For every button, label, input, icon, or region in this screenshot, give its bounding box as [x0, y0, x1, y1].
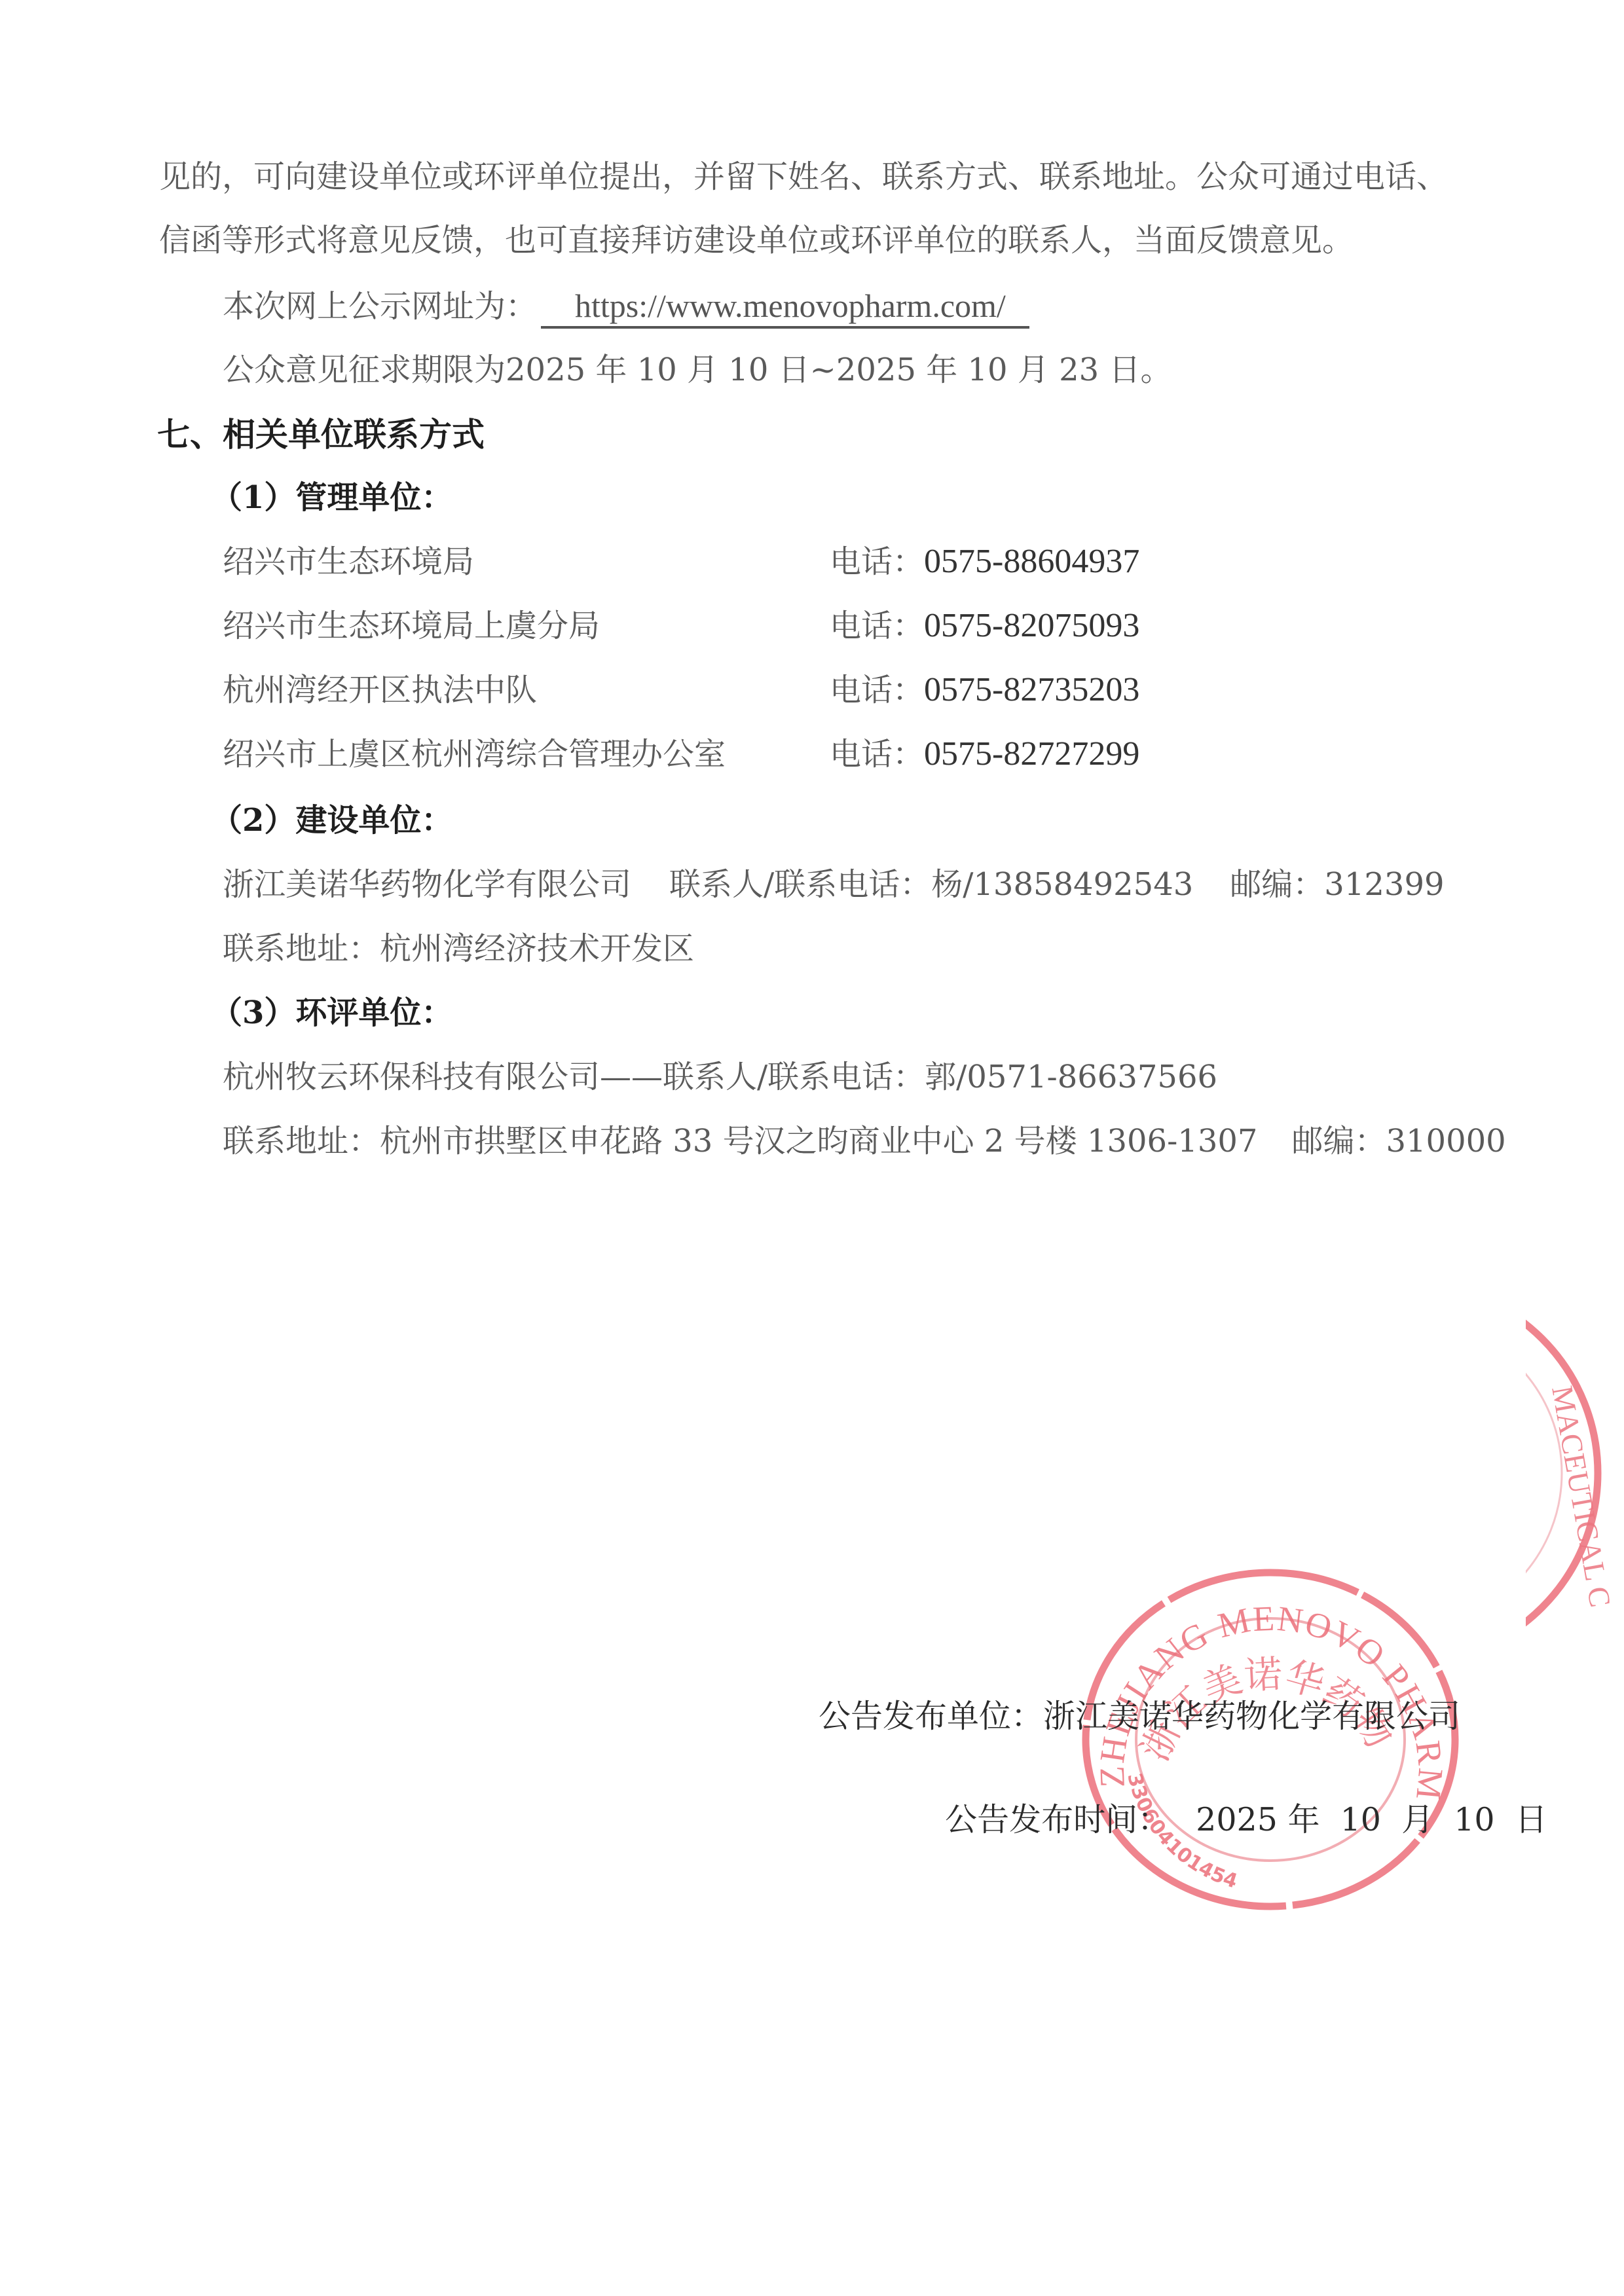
tel-number: 0575-82075093 [924, 607, 1139, 644]
construction-company-row: 浙江美诺华药物化学有限公司联系人/联系电话：杨/13858492543邮编：31… [223, 865, 1445, 904]
tel-label: 电话： [830, 608, 924, 644]
publish-date: 2025 年 10 月 10 日 [1196, 1801, 1547, 1838]
management-unit-tel: 电话：0575-82735203 [830, 670, 1139, 710]
publish-date-row: 公告发布时间：2025 年 10 月 10 日 [925, 1761, 1547, 1840]
management-unit-name: 绍兴市生态环境局上虞分局 [223, 606, 600, 646]
section-title: 七、相关单位联系方式 [157, 415, 485, 454]
paragraph-line-2: 信函等形式将意见反馈，也可直接拜访建设单位或环评单位的联系人，当面反馈意见。 [159, 221, 1354, 260]
publish-date-label: 公告发布时间： [945, 1801, 1170, 1838]
eia-postcode: 邮编：310000 [1291, 1123, 1505, 1159]
website-link[interactable]: https://www.menovopharm.com/ [541, 286, 1029, 329]
tel-label: 电话： [830, 672, 924, 708]
management-unit-tel: 电话：0575-88604937 [830, 542, 1139, 581]
tel-number: 0575-82727299 [924, 735, 1139, 773]
construction-postcode: 邮编：312399 [1230, 866, 1444, 903]
seal-inner-text: 浙江美诺华药物化学有限公司 [1074, 1568, 1402, 1768]
publisher-name: 浙江美诺华药物化学有限公司 [1043, 1698, 1460, 1735]
url-label: 本次网上公示网址为： [223, 288, 537, 325]
eia-address: 联系地址：杭州市拱墅区申花路 33 号汉之昀商业中心 2 号楼 1306-130… [223, 1123, 1257, 1159]
management-heading: （1）管理单位： [211, 478, 452, 517]
publisher-row: 公告发布单位：浙江美诺华药物化学有限公司 [819, 1697, 1460, 1736]
paragraph-line-1: 见的，可向建设单位或环评单位提出，并留下姓名、联系方式、联系地址。公众可通过电话… [159, 157, 1448, 196]
tel-label: 电话： [830, 736, 924, 773]
tel-label: 电话： [830, 543, 924, 580]
construction-contact: 联系人/联系电话：杨/13858492543 [669, 866, 1193, 903]
comment-period-row: 公众意见征求期限为2025 年 10 月 10 日~2025 年 10 月 23… [223, 350, 1172, 390]
management-unit-tel: 电话：0575-82075093 [830, 606, 1139, 646]
eia-company-contact: 杭州牧云环保科技有限公司——联系人/联系电话：郭/0571-86637566 [223, 1057, 1217, 1097]
comment-period-dates: 2025 年 10 月 10 日~2025 年 10 月 23 日。 [506, 352, 1172, 388]
management-unit-name: 绍兴市生态环境局 [223, 542, 474, 581]
url-row: 本次网上公示网址为：https://www.menovopharm.com/ [223, 286, 1029, 329]
construction-address: 联系地址：杭州湾经济技术开发区 [223, 929, 694, 968]
management-unit-tel: 电话：0575-82727299 [830, 735, 1139, 774]
partial-seal-text: MACEUTICAL C [1545, 1383, 1617, 1610]
publisher-label: 公告发布单位： [819, 1698, 1043, 1735]
management-unit-name: 绍兴市上虞区杭州湾综合管理办公室 [223, 735, 726, 774]
comment-period-label: 公众意见征求期限为 [223, 352, 506, 388]
tel-number: 0575-82735203 [924, 671, 1139, 708]
website-url[interactable]: https://www.menovopharm.com/ [575, 287, 1006, 324]
tel-number: 0575-88604937 [924, 543, 1139, 580]
eia-heading: （3）环评单位： [211, 993, 452, 1032]
construction-heading: （2）建设单位： [211, 801, 452, 840]
management-unit-name: 杭州湾经开区执法中队 [223, 670, 537, 710]
company-seal: ZHEJIANG MENOVO PHARMACEUTICAL CO.,LTD. … [1074, 1568, 1467, 1915]
partial-company-seal: MACEUTICAL C [1526, 1309, 1624, 1637]
construction-company: 浙江美诺华药物化学有限公司 [223, 866, 631, 903]
eia-address-row: 联系地址：杭州市拱墅区申花路 33 号汉之昀商业中心 2 号楼 1306-130… [223, 1121, 1506, 1161]
